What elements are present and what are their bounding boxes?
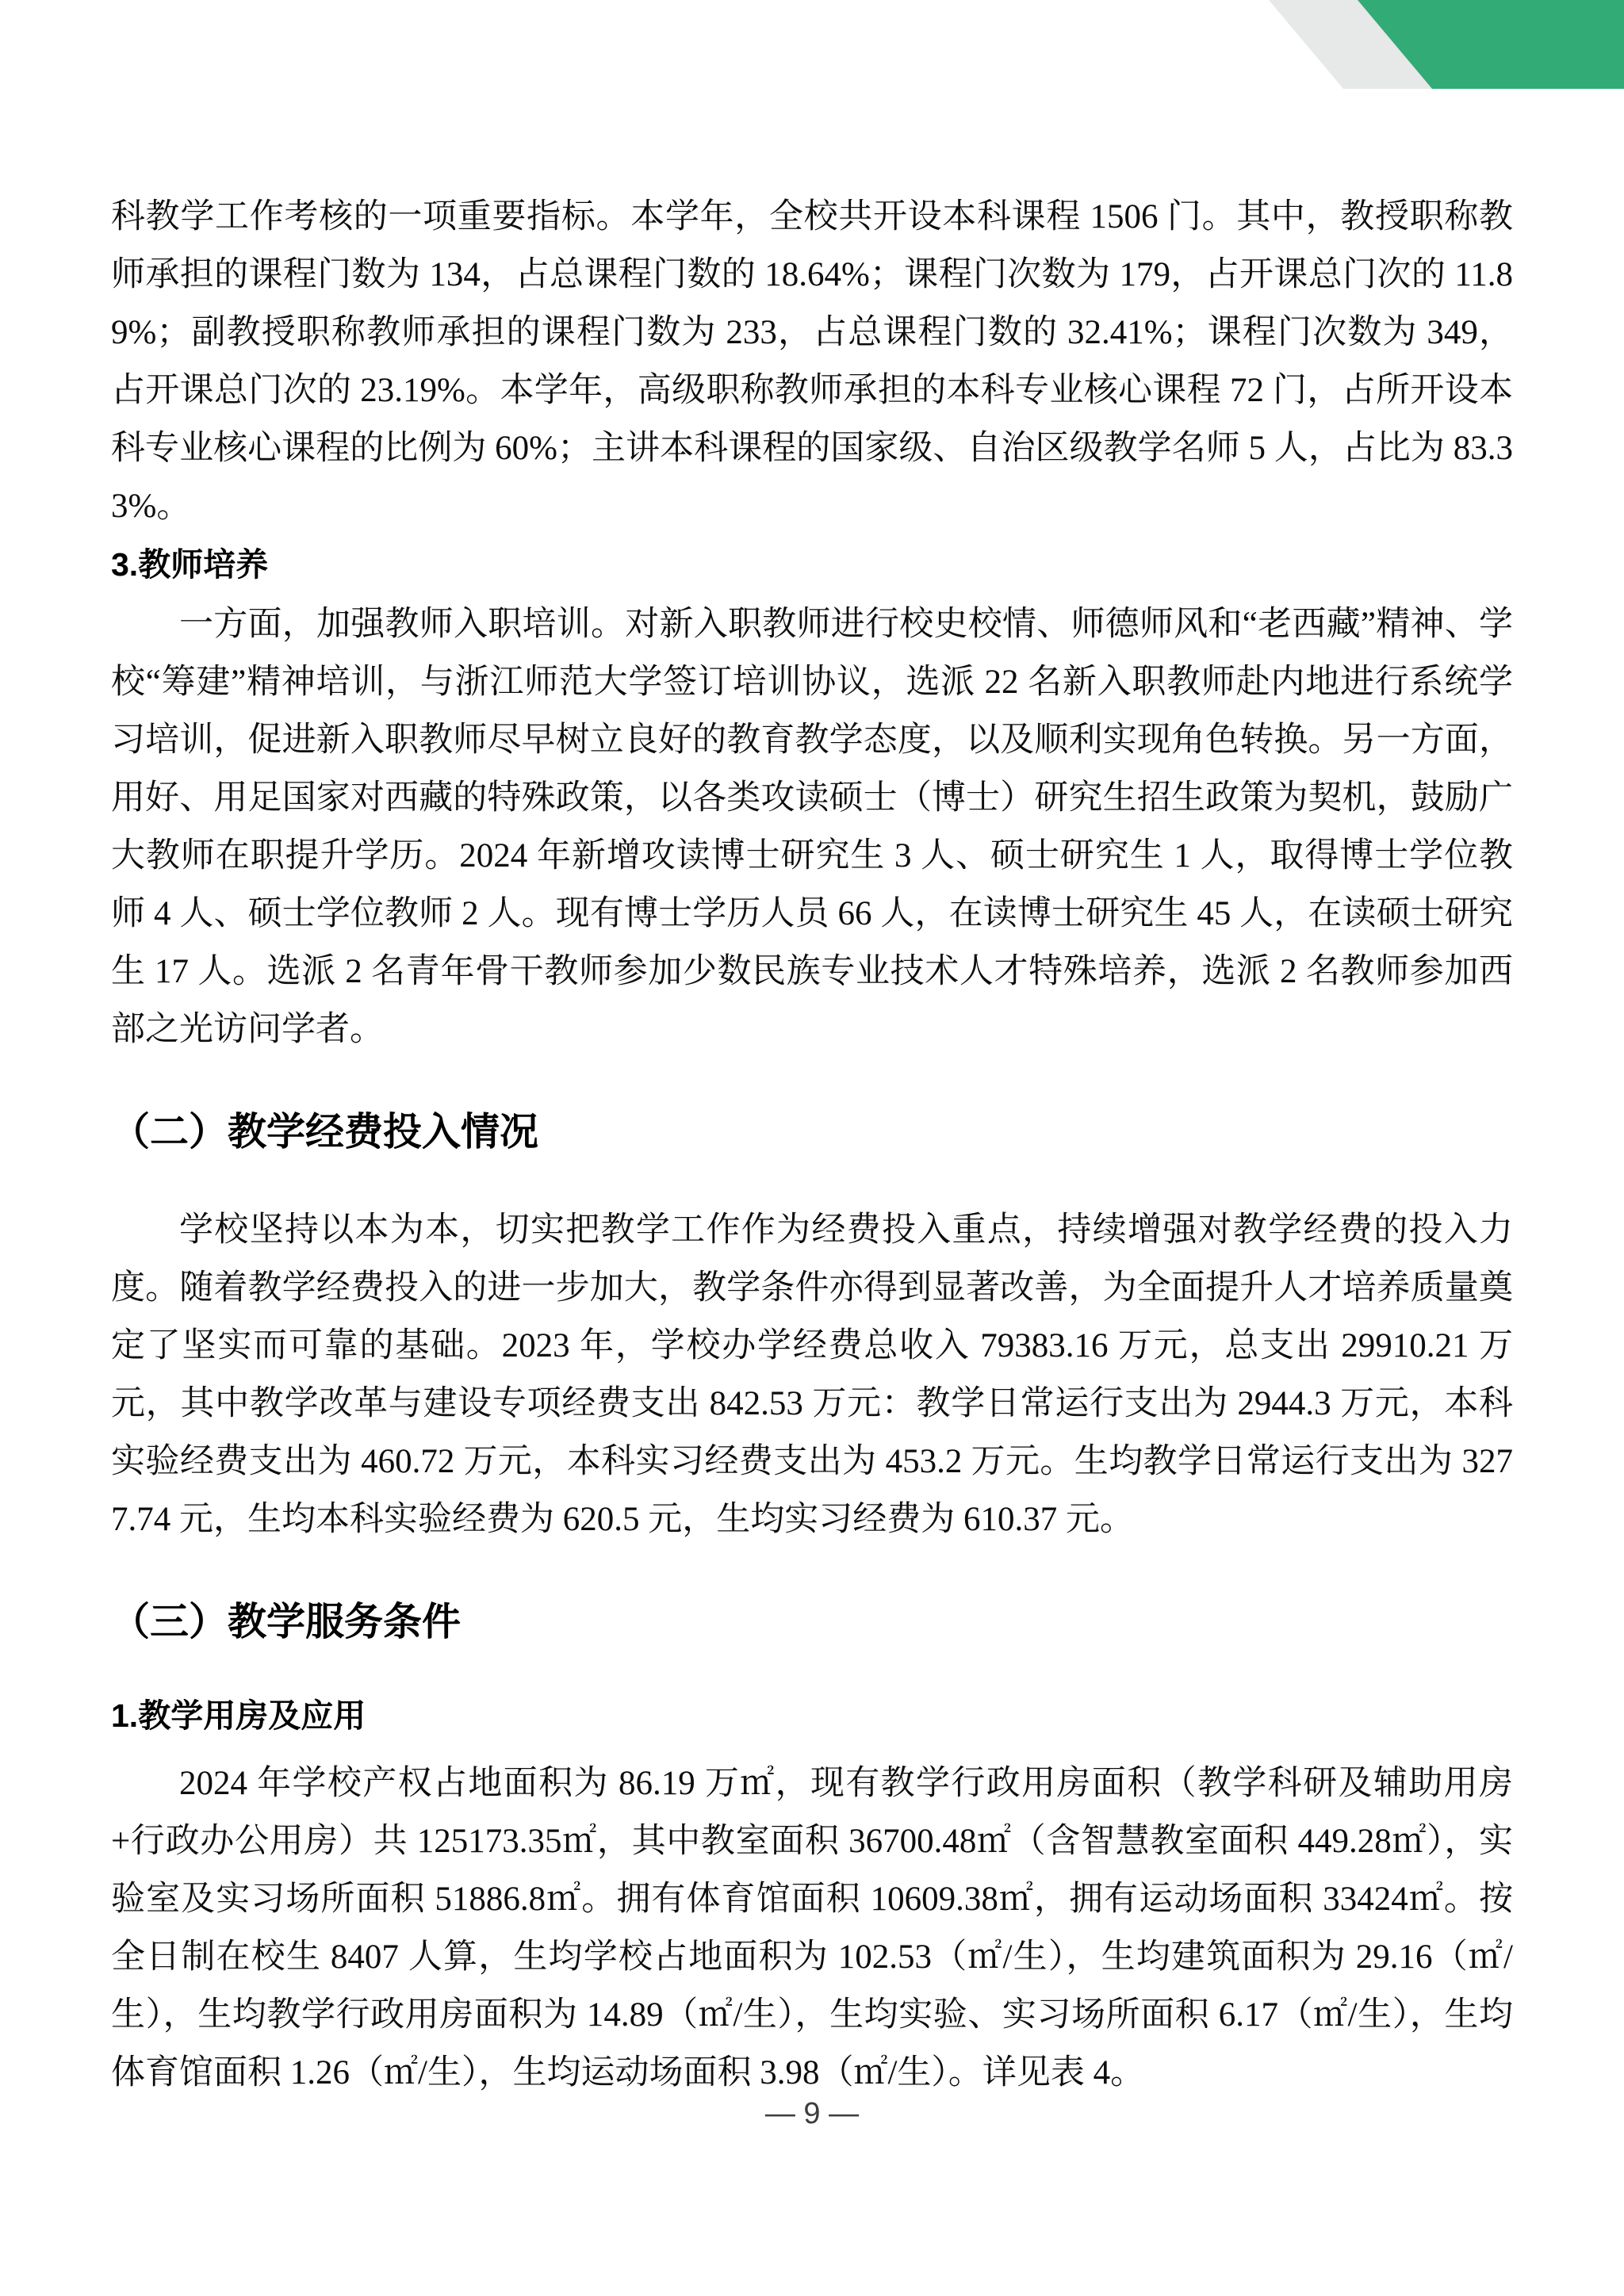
document-page: { "decoration": { "gray_color": "#e7e8e8… <box>0 0 1624 2296</box>
paragraph-course-statistics: 科教学工作考核的一项重要指标。本学年，全校共开设本科课程 1506 门。其中，教… <box>111 188 1513 535</box>
paragraph-funding: 学校坚持以本为本，切实把教学工作作为经费投入重点，持续增强对教学经费的投入力度。… <box>111 1201 1513 1548</box>
page-content: 科教学工作考核的一项重要指标。本学年，全校共开设本科课程 1506 门。其中，教… <box>111 0 1513 2102</box>
section-heading-funding: （二）教学经费投入情况 <box>111 1104 1513 1160</box>
page-number: — 9 — <box>0 2097 1624 2131</box>
subheading-teaching-housing: 1.教学用房及应用 <box>111 1691 1513 1740</box>
paragraph-teaching-housing: 2024 年学校产权占地面积为 86.19 万㎡，现有教学行政用房面积（教学科研… <box>111 1755 1513 2102</box>
paragraph-teacher-training: 一方面，加强教师入职培训。对新入职教师进行校史校情、师德师风和“老西藏”精神、学… <box>111 595 1513 1058</box>
subheading-teacher-training: 3.教师培养 <box>111 540 1513 589</box>
section-heading-service-conditions: （三）教学服务条件 <box>111 1594 1513 1650</box>
